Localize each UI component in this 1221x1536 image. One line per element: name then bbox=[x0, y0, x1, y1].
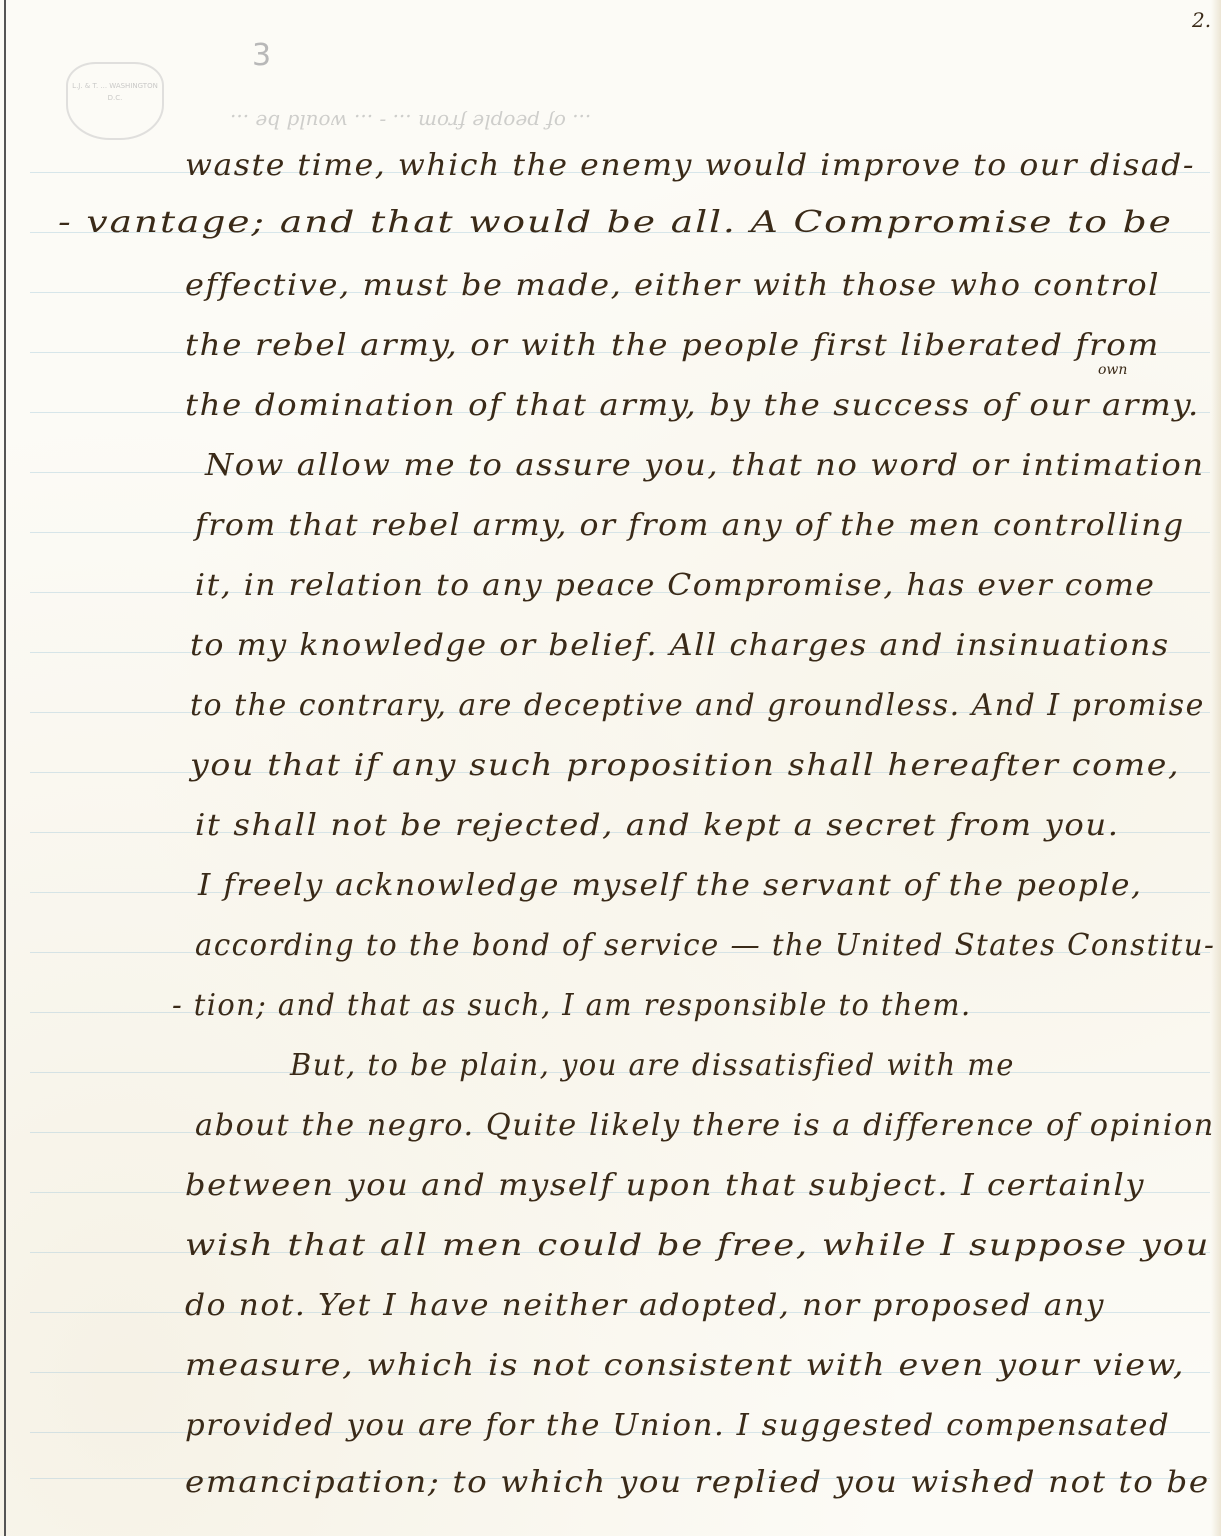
pencil-mark: 3 bbox=[252, 38, 271, 73]
text-line: waste time, which the enemy would improv… bbox=[185, 148, 1195, 183]
text-line: between you and myself upon that subject… bbox=[185, 1168, 1145, 1203]
text-line: according to the bond of service — the U… bbox=[195, 928, 1215, 963]
text-line: wish that all men could be free, while I… bbox=[185, 1228, 1210, 1263]
text-line: provided you are for the Union. I sugges… bbox=[185, 1408, 1170, 1443]
text-line: - tion; and that as such, I am responsib… bbox=[172, 988, 972, 1023]
text-line: Now allow me to assure you, that no word… bbox=[205, 448, 1205, 483]
text-line: from that rebel army, or from any of the… bbox=[195, 508, 1185, 543]
text-line: the rebel army, or with the people first… bbox=[185, 328, 1160, 363]
page-left-edge bbox=[4, 0, 6, 1536]
text-line: But, to be plain, you are dissatisfied w… bbox=[290, 1048, 1015, 1083]
text-line: I freely acknowledge myself the servant … bbox=[198, 868, 1143, 903]
manuscript-page: 2. 3 L.J. & T. ... WASHINGTON D.C. ... o… bbox=[0, 0, 1221, 1536]
text-line: - vantage; and that would be all. A Comp… bbox=[58, 205, 1173, 240]
text-line: do not. Yet I have neither adopted, nor … bbox=[185, 1288, 1105, 1323]
text-line: emancipation; to which you replied you w… bbox=[185, 1465, 1210, 1500]
text-line: it, in relation to any peace Compromise,… bbox=[195, 568, 1155, 603]
inserted-word: own bbox=[1098, 362, 1127, 378]
page-number: 2. bbox=[1192, 8, 1211, 32]
text-line: about the negro. Quite likely there is a… bbox=[195, 1108, 1215, 1143]
text-line: effective, must be made, either with tho… bbox=[185, 268, 1160, 303]
page-right-edge bbox=[1211, 0, 1221, 1536]
text-line: the domination of that army, by the succ… bbox=[185, 388, 1200, 423]
bleed-through-text: ... of people from ... - ... would be ..… bbox=[230, 110, 591, 134]
text-line: to the contrary, are deceptive and groun… bbox=[190, 688, 1205, 723]
text-line: to my knowledge or belief. All charges a… bbox=[190, 628, 1170, 663]
embossed-stamp: L.J. & T. ... WASHINGTON D.C. bbox=[66, 62, 164, 140]
text-line: measure, which is not consistent with ev… bbox=[185, 1348, 1185, 1383]
text-line: it shall not be rejected, and kept a sec… bbox=[195, 808, 1120, 843]
text-line: you that if any such proposition shall h… bbox=[190, 748, 1180, 783]
